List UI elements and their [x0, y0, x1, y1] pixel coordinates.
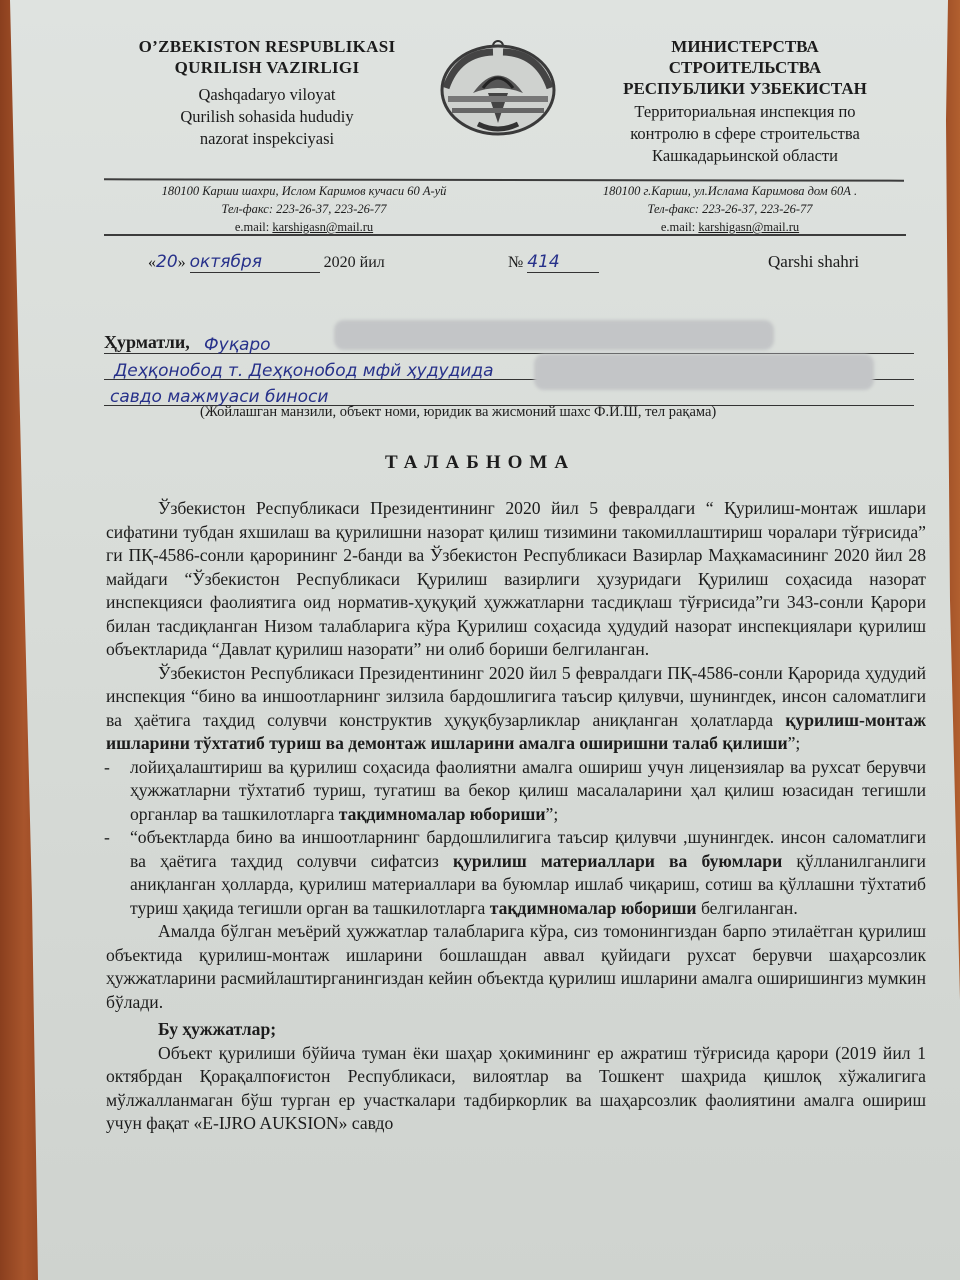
address-russian: 180100 г.Карши, ул.Ислама Каримова дом 6…: [540, 182, 920, 236]
org-sub-line: контролю в сфере строительства: [600, 123, 890, 145]
phone-line: Тел-факс: 223-26-37, 223-26-77: [104, 200, 504, 218]
email-label: e.mail:: [235, 220, 273, 234]
header-russian: МИНИСТЕРСТВА СТРОИТЕЛЬСТВА РЕСПУБЛИКИ УЗ…: [600, 36, 890, 167]
org-name-line: РЕСПУБЛИКИ УЗБЕКИСТАН: [600, 78, 890, 99]
document-title: ТАЛАБНОМА: [0, 452, 960, 474]
addressee-handwriting: Фуқаро: [204, 335, 271, 355]
address-line: 180100 Карши шахри, Ислом Каримов кучаси…: [104, 182, 504, 200]
org-name-line: СТРОИТЕЛЬСТВА: [600, 57, 890, 78]
paragraph-3: Амалда бўлган меъёрий ҳужжатлар талаблар…: [106, 920, 926, 1014]
date-field: «20» октября 2020 йил: [148, 252, 385, 273]
bullet-item-2: -“объектларда бино ва иншоотларнинг бард…: [106, 826, 926, 920]
phone-line: Тел-факс: 223-26-37, 223-26-77: [540, 200, 920, 218]
header-rule-bottom: [104, 234, 906, 236]
addressee-label: Ҳурматли,: [104, 332, 190, 353]
redacted-contact: [534, 354, 874, 390]
bullet-dash: -: [104, 756, 110, 780]
document-number-field: № 414: [508, 252, 599, 273]
date-year: 2020 йил: [324, 254, 385, 271]
documents-heading: Бу ҳужжатлар;: [106, 1018, 926, 1042]
text: белгиланган.: [697, 898, 798, 918]
addressee-handwriting: Деҳқонобод т. Деҳқонобод мфй ҳудудида: [114, 361, 494, 381]
email-link[interactable]: karshigasn@mail.ru: [698, 220, 799, 234]
address-line: 180100 г.Карши, ул.Ислама Каримова дом 6…: [540, 182, 920, 200]
addressee-block: Ҳурматли, Фуқаро Деҳқонобод т. Деҳқонобо…: [104, 330, 914, 408]
text: ”;: [788, 733, 801, 753]
date-month-line: октября: [190, 252, 320, 273]
addressee-line-3: савдо мажмуаси биноси: [104, 382, 914, 406]
org-sub-line: nazorat inspekciyasi: [112, 128, 422, 150]
bullet-dash: -: [104, 826, 110, 850]
redacted-name: [334, 320, 774, 350]
city-name: Qarshi shahri: [768, 252, 859, 272]
quote-close: »: [178, 254, 186, 271]
org-sub-line: Территориальная инспекция по: [600, 101, 890, 123]
paragraph-1: Ўзбекистон Республикаси Президентининг 2…: [106, 497, 926, 662]
paragraph-4: Объект қурилиши бўйича туман ёки шаҳар ҳ…: [106, 1042, 926, 1136]
bold-text: қурилиш материаллари ва буюмлари: [453, 851, 782, 871]
document-body: Ўзбекистон Республикаси Президентининг 2…: [106, 497, 926, 1136]
quote-open: «: [148, 254, 156, 271]
bullet-item-1: -лойиҳалаштириш ва қурилиш соҳасида фаол…: [106, 756, 926, 827]
org-sub-line: Qurilish sohasida hududiy: [112, 106, 422, 128]
date-month: октября: [190, 252, 262, 272]
paragraph-2: Ўзбекистон Республикаси Президентининг 2…: [106, 662, 926, 756]
text: ”;: [546, 804, 559, 824]
document-number: 414: [527, 252, 559, 272]
addressee-caption: (Жойлашган манзили, объект номи, юридик …: [200, 404, 716, 421]
email-link[interactable]: karshigasn@mail.ru: [272, 220, 373, 234]
org-name-line: O’ZBEKISTON RESPUBLIKASI: [112, 36, 422, 57]
bold-text: тақдимномалар юбориши: [490, 898, 697, 918]
addressee-line-1: Ҳурматли, Фуқаро: [104, 330, 914, 354]
state-emblem-icon: [438, 38, 558, 138]
org-sub-line: Qashqadaryo viloyat: [112, 84, 422, 106]
number-sign: №: [508, 254, 523, 271]
address-uzbek: 180100 Карши шахри, Ислом Каримов кучаси…: [104, 182, 504, 236]
org-name-line: МИНИСТЕРСТВА: [600, 36, 890, 57]
org-sub-line: Кашкадарьинской области: [600, 145, 890, 167]
date-day: 20: [156, 252, 178, 272]
header-uzbek: O’ZBEKISTON RESPUBLIKASI QURILISH VAZIRL…: [112, 36, 422, 150]
letter-page: O’ZBEKISTON RESPUBLIKASI QURILISH VAZIRL…: [0, 0, 960, 1280]
bold-text: тақдимномалар юбориши: [339, 804, 546, 824]
email-label: e.mail:: [661, 220, 699, 234]
org-name-line: QURILISH VAZIRLIGI: [112, 57, 422, 78]
number-line: 414: [527, 252, 599, 273]
